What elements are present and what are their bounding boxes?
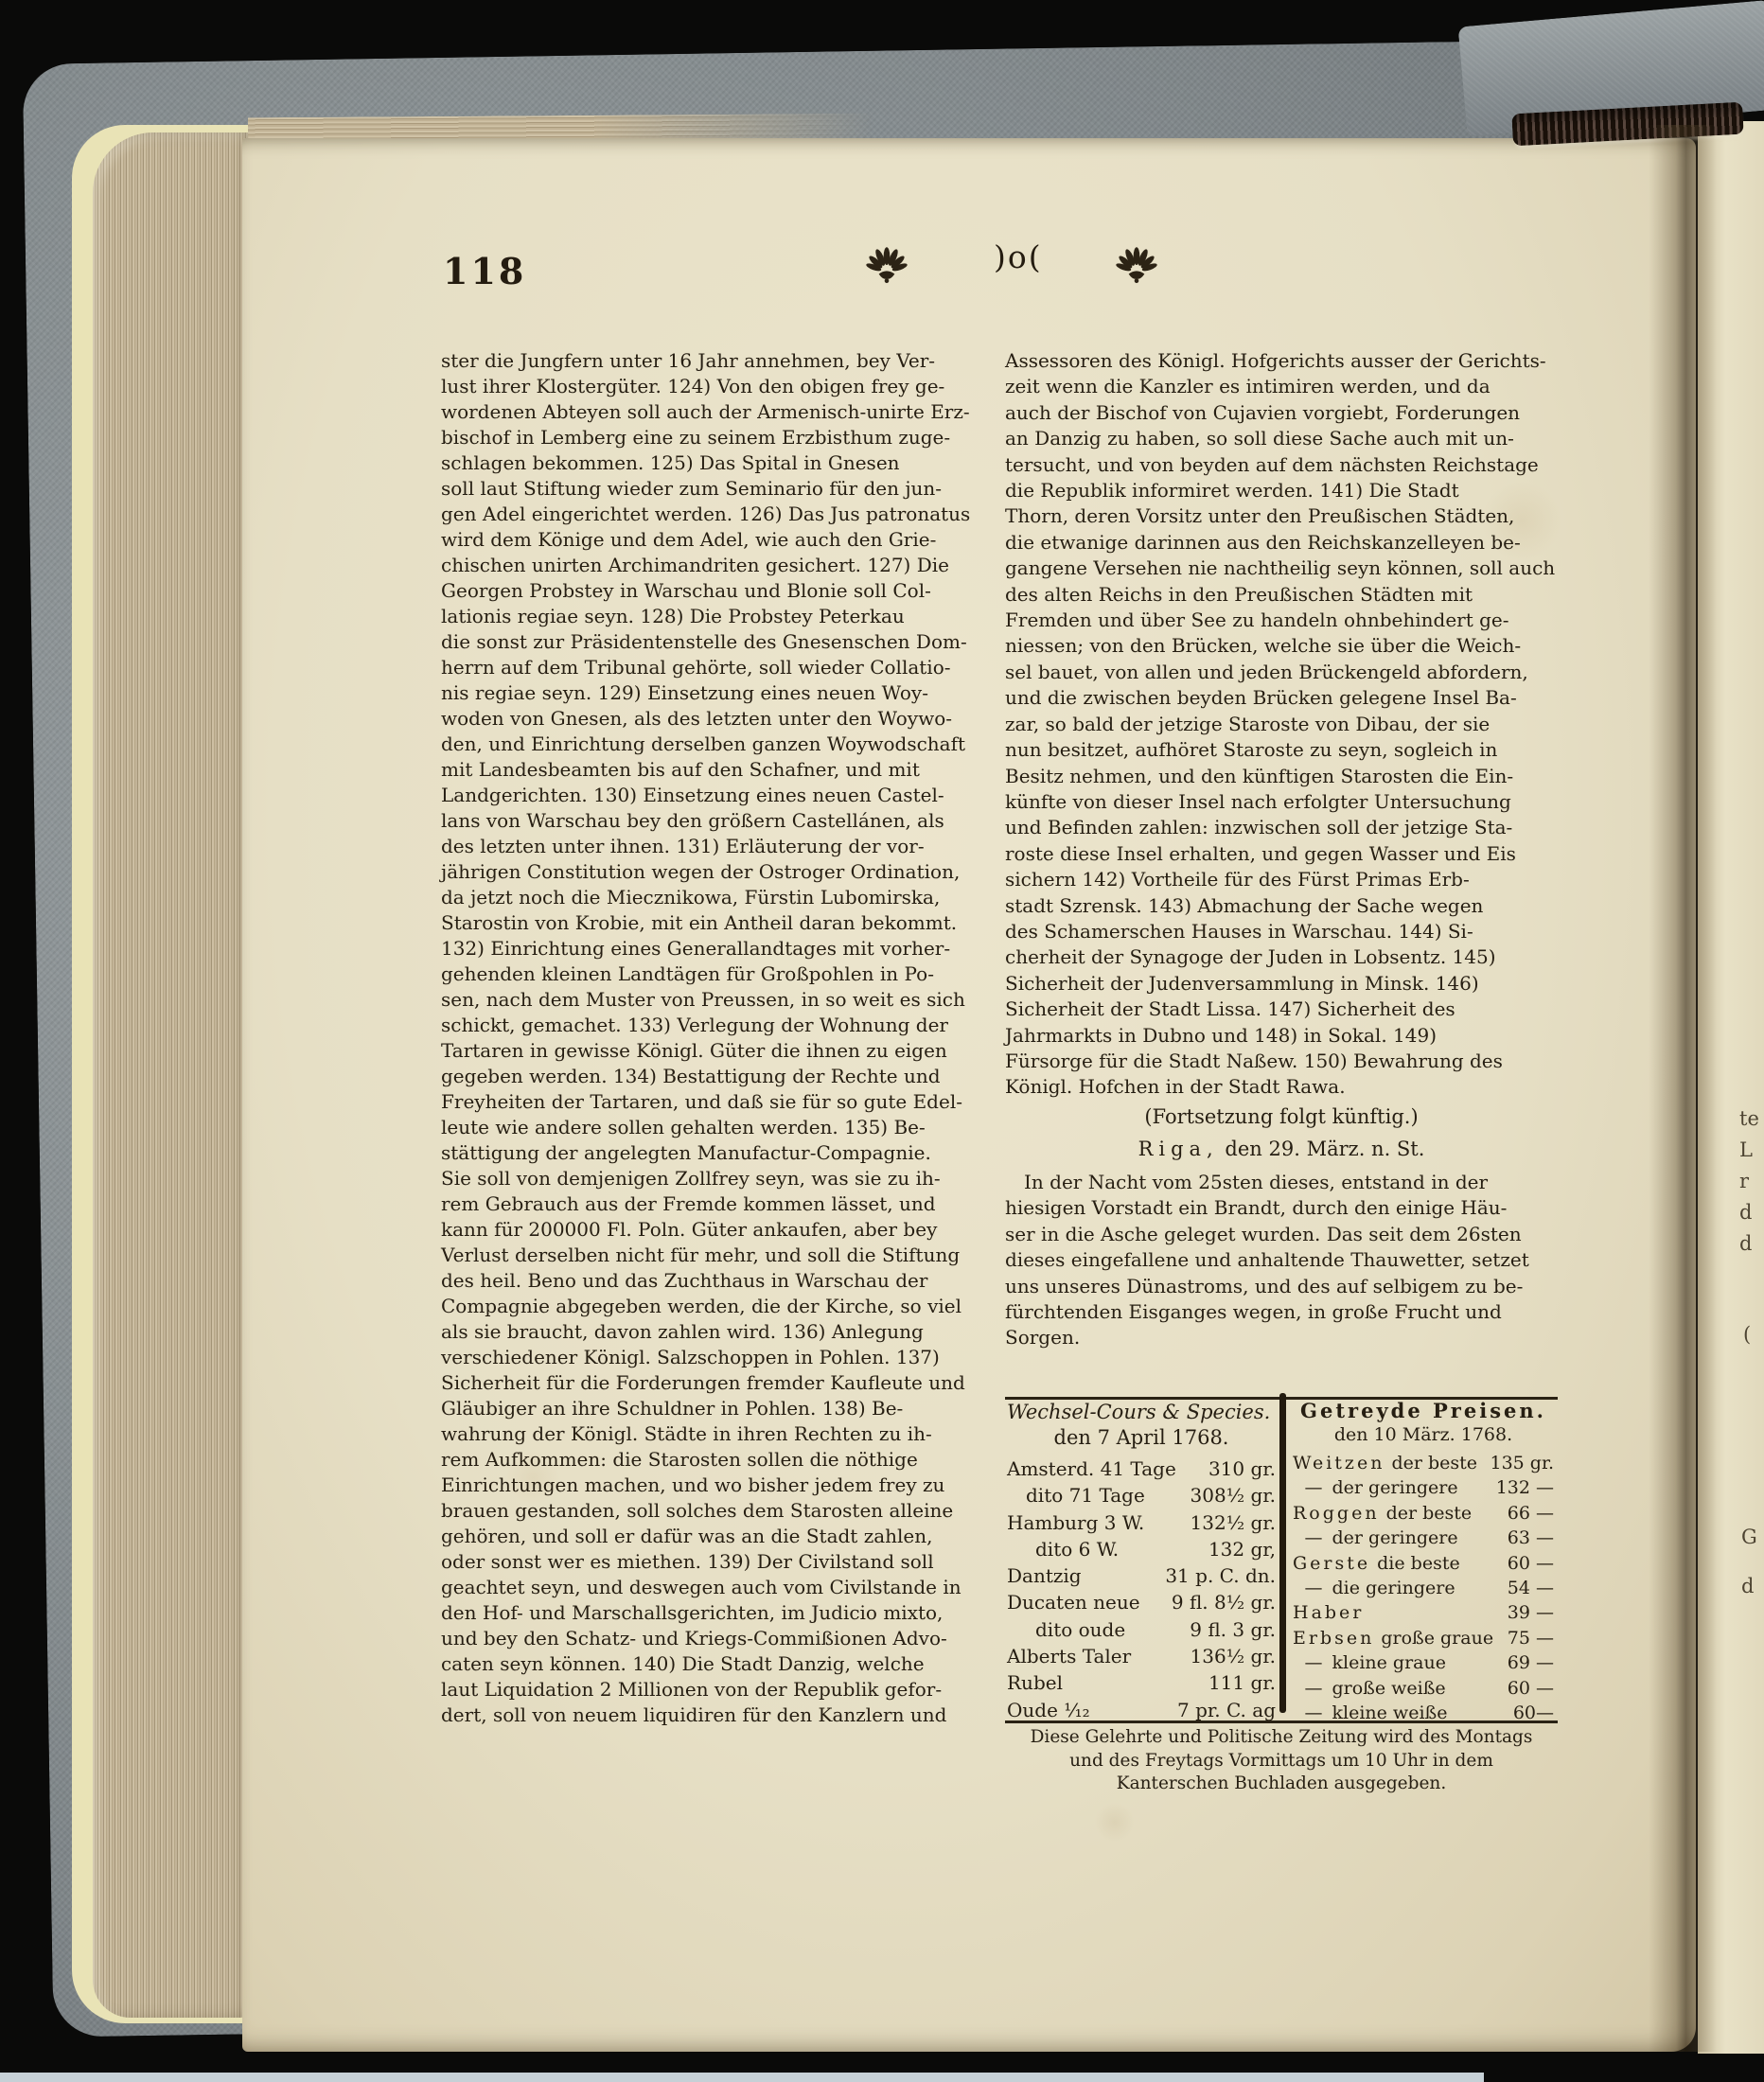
grain-row-value: 75 — [1508, 1628, 1554, 1652]
grain-row-label: Gerste die beste [1293, 1553, 1460, 1578]
grain-row-value: 63 — [1508, 1527, 1554, 1552]
exchange-row-value: 310 gr. [1208, 1457, 1276, 1484]
grain-row-label: — kleine weiße [1293, 1703, 1447, 1727]
exchange-rate-row: dito 6 W. 132 gr, [1007, 1538, 1276, 1564]
grain-row-value: 66 — [1508, 1503, 1554, 1527]
gutter-crease-shadow [1649, 125, 1717, 2052]
grain-row-commodity: Haber [1293, 1602, 1364, 1627]
exchange-rate-row: Amsterd. 41 Tage 310 gr. [1007, 1457, 1276, 1484]
exchange-rate-row: Ducaten neue 9 fl. 8½ gr. [1007, 1591, 1276, 1617]
exchange-row-label: Hamburg 3 W. [1007, 1511, 1144, 1538]
grain-price-table: Getreyde Preisen. den 10 März. 1768. Wei… [1293, 1399, 1554, 1727]
exchange-row-label: Rubel [1007, 1671, 1063, 1698]
grain-row-value: 60 — [1508, 1678, 1554, 1703]
exchange-row-label: Alberts Taler [1007, 1645, 1131, 1671]
grain-row-label: Roggen der beste [1293, 1503, 1472, 1527]
grain-row-commodity: Weitzen [1293, 1453, 1385, 1477]
grain-price-row: — kleine weiße 60— [1293, 1703, 1554, 1727]
shell-ornament-glyph [865, 244, 908, 284]
grain-row-commodity: — [1293, 1578, 1326, 1602]
exchange-row-label: Dantzig [1007, 1564, 1082, 1591]
grain-price-row: Haber 39 — [1293, 1602, 1554, 1627]
exchange-rate-row: dito 71 Tage 308½ gr. [1007, 1484, 1276, 1510]
grain-price-row: — der geringere 63 — [1293, 1527, 1554, 1552]
exchange-row-value: 31 p. C. dn. [1165, 1564, 1276, 1591]
grain-row-value: 132 — [1496, 1477, 1554, 1502]
grain-row-value: 69 — [1508, 1652, 1554, 1677]
exchange-rate-table: Wechsel-Cours & Species. den 7 April 176… [1007, 1401, 1276, 1725]
grain-row-grade: der beste [1391, 1453, 1477, 1477]
grain-row-grade: kleine graue [1332, 1652, 1447, 1677]
grain-price-row: — der geringere 132 — [1293, 1477, 1554, 1502]
exchange-row-label: dito 6 W. [1007, 1538, 1119, 1564]
exchange-row-value: 132 gr, [1208, 1538, 1276, 1564]
shell-ornament-glyph [1115, 244, 1158, 284]
publication-notice: Diese Gelehrte und Politische Zeitung wi… [1005, 1726, 1558, 1796]
grain-row-grade: die geringere [1332, 1578, 1455, 1602]
exchange-row-label: Ducaten neue [1007, 1591, 1140, 1617]
printer-shell-ornament-icon [1115, 244, 1158, 284]
grain-row-label: — der geringere [1293, 1527, 1458, 1552]
exchange-rate-row: Hamburg 3 W. 132½ gr. [1007, 1511, 1276, 1538]
exchange-rate-row: Oude ¹⁄₁₂ 7 pr. C. ag [1007, 1699, 1276, 1725]
facing-page-text-fragments: ( [1743, 1319, 1751, 1350]
grain-price-row: Gerste die beste 60 — [1293, 1553, 1554, 1578]
exchange-table-date: den 7 April 1768. [1007, 1426, 1276, 1449]
grain-row-grade: der geringere [1332, 1527, 1458, 1552]
left-text-column: ster die Jungfern unter 16 Jahr annehmen… [441, 348, 982, 1728]
grain-row-value: 60— [1513, 1703, 1554, 1727]
grain-price-row: — kleine graue 69 — [1293, 1652, 1554, 1677]
grain-row-grade: große weiße [1332, 1678, 1446, 1703]
exchange-rate-row: Alberts Taler 136½ gr. [1007, 1645, 1276, 1671]
grain-row-label: — kleine graue [1293, 1652, 1446, 1677]
page-stack-fore-edge [93, 132, 254, 2018]
grain-row-label: — der geringere [1293, 1477, 1458, 1502]
grain-price-row: — große weiße 60 — [1293, 1678, 1554, 1703]
exchange-row-label: Amsterd. 41 Tage [1007, 1457, 1176, 1484]
riga-date-label: den 29. März. n. St. [1225, 1138, 1424, 1160]
printer-shell-ornament-icon [865, 244, 908, 284]
grain-row-commodity: Gerste [1293, 1553, 1370, 1578]
grain-price-row: Erbsen große graue 75 — [1293, 1628, 1554, 1652]
grain-row-grade: kleine weiße [1332, 1703, 1448, 1727]
grain-row-grade: der geringere [1332, 1477, 1458, 1502]
facing-page-text-fragments: G d [1741, 1512, 1757, 1611]
right-text-column: Assessoren des Königl. Hofgerichts ausse… [1005, 348, 1558, 1101]
photographed-book-scene: 118 )o( [0, 0, 1764, 2082]
exchange-row-value: 7 pr. C. ag [1177, 1699, 1276, 1725]
grain-row-label: — große weiße [1293, 1678, 1446, 1703]
book-page: 118 )o( [242, 138, 1696, 2052]
grain-row-value: 135 gr. [1490, 1453, 1554, 1477]
grain-price-row: — die geringere 54 — [1293, 1578, 1554, 1602]
riga-city-label: Riga, [1138, 1138, 1219, 1160]
exchange-table-title: Wechsel-Cours & Species. [1007, 1401, 1276, 1423]
grain-price-row: Weitzen der beste 135 gr. [1293, 1453, 1554, 1477]
grain-row-commodity: — [1293, 1678, 1326, 1703]
grain-row-commodity: Roggen [1293, 1503, 1380, 1527]
page-number: 118 [443, 250, 526, 292]
grain-row-commodity: — [1293, 1703, 1326, 1727]
facing-page-text-fragments: te L r d d [1739, 1103, 1759, 1260]
grain-row-value: 54 — [1508, 1578, 1554, 1602]
grain-row-label: — die geringere [1293, 1578, 1455, 1602]
grain-row-commodity: Erbsen [1293, 1628, 1374, 1652]
riga-news-paragraph: In der Nacht vom 25sten dieses, entstand… [1005, 1170, 1558, 1351]
exchange-row-value: 308½ gr. [1191, 1484, 1276, 1510]
grain-table-rows: Weitzen der beste 135 gr. — der geringer… [1293, 1453, 1554, 1727]
grain-row-commodity: — [1293, 1527, 1326, 1552]
table-column-divider [1279, 1393, 1286, 1713]
grain-row-value: 60 — [1508, 1553, 1554, 1578]
scanner-bed-strip [0, 2073, 1484, 2082]
exchange-row-label: dito 71 Tage [1007, 1484, 1145, 1510]
grain-row-grade: der beste [1386, 1503, 1473, 1527]
grain-row-commodity: — [1293, 1477, 1326, 1502]
grain-row-grade: große graue [1381, 1628, 1493, 1652]
grain-row-commodity: — [1293, 1652, 1326, 1677]
exchange-row-label: dito oude [1007, 1618, 1125, 1645]
header-signature-mark: )o( [994, 238, 1043, 275]
grain-row-grade: die beste [1377, 1553, 1460, 1578]
grain-table-date: den 10 März. 1768. [1293, 1424, 1554, 1445]
exchange-row-value: 9 fl. 8½ gr. [1172, 1591, 1276, 1617]
exchange-rate-row: dito oude 9 fl. 3 gr. [1007, 1618, 1276, 1645]
exchange-row-label: Oude ¹⁄₁₂ [1007, 1699, 1090, 1725]
exchange-table-rows: Amsterd. 41 Tage 310 gr. dito 71 Tage 30… [1007, 1457, 1276, 1725]
exchange-rate-row: Dantzig 31 p. C. dn. [1007, 1564, 1276, 1591]
exchange-row-value: 136½ gr. [1191, 1645, 1276, 1671]
exchange-row-value: 132½ gr. [1191, 1511, 1276, 1538]
exchange-row-value: 9 fl. 3 gr. [1190, 1618, 1276, 1645]
exchange-row-value: 111 gr. [1208, 1671, 1276, 1698]
exchange-rate-row: Rubel 111 gr. [1007, 1671, 1276, 1698]
grain-row-label: Haber [1293, 1602, 1370, 1627]
riga-dateline: Riga, den 29. März. n. St. [1005, 1138, 1558, 1160]
grain-price-row: Roggen der beste 66 — [1293, 1503, 1554, 1527]
grain-table-title: Getreyde Preisen. [1293, 1399, 1554, 1422]
grain-row-label: Weitzen der beste [1293, 1453, 1477, 1477]
continuation-note: (Fortsetzung folgt künftig.) [1005, 1105, 1558, 1128]
grain-row-label: Erbsen große graue [1293, 1628, 1493, 1652]
grain-row-value: 39 — [1508, 1602, 1554, 1627]
